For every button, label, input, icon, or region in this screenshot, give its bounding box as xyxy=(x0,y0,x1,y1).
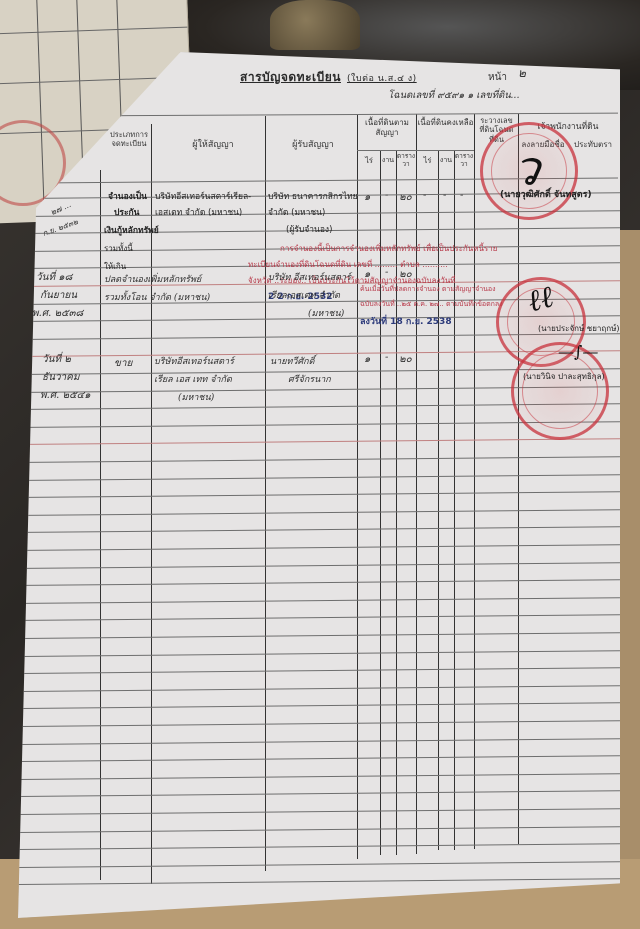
row1-type-line: ประกัน xyxy=(114,205,139,219)
row2-grantee-line: เรียลเอสเตท จำกัด xyxy=(268,288,340,302)
column-divider xyxy=(416,114,417,854)
row2-area-sqwa: ๒๐ xyxy=(399,267,412,282)
ruled-line xyxy=(18,509,620,516)
row1-remark-line: การจำนองนี้เป็นการจำนองเพิ่มหลักทรัพย์ เ… xyxy=(280,242,497,255)
ruled-line xyxy=(18,879,620,886)
page-label: หน้า xyxy=(488,70,507,85)
ruled-line xyxy=(18,579,620,586)
ruled-line xyxy=(18,791,620,798)
column-divider xyxy=(380,150,381,855)
header-registration-type: ประเภทการจดทะเบียน xyxy=(108,130,150,149)
column-divider xyxy=(438,150,439,850)
row2-area-ngan: - xyxy=(385,267,388,278)
subheader-ngan: งาน xyxy=(438,156,454,165)
row1-area-rai: ๑ xyxy=(364,190,370,205)
row3-grantor-line: เรียล เอส เทท จำกัด xyxy=(154,372,232,386)
subheader-rai: ไร่ xyxy=(417,156,438,165)
row3-grantee-line: นายทวีศักดิ์ xyxy=(270,354,314,368)
row3-area-ngan: - xyxy=(385,352,388,363)
row2-remark-line: ค้นเมื่อวันที่ปลดการจำนอง ตามสัญญาจำนอง xyxy=(360,284,496,295)
row1-type-line: จำนองเป็น xyxy=(108,189,147,203)
ruled-line xyxy=(18,562,620,569)
ruled-line xyxy=(18,843,620,850)
row1-area-sqwa: ๒๐ xyxy=(399,190,412,205)
officer-signature: —∫— xyxy=(558,342,598,361)
ruled-line xyxy=(18,456,620,463)
ruled-line xyxy=(18,544,620,551)
row3-grantor-line: บริษัทอีสเทอร์นสตาร์ xyxy=(154,354,234,368)
row1-grantee-line: (ผู้รับจำนอง) xyxy=(286,222,332,236)
ruled-line xyxy=(18,491,620,498)
ruled-line xyxy=(18,615,620,622)
row2-remark-line: ลงวันที่ 18 ก.ย. 2538 xyxy=(360,314,452,328)
ruled-line xyxy=(18,474,620,481)
row2-grantor-line: ปลดจำนองเพิ่มหลักทรัพย์ xyxy=(104,272,201,286)
header-area-remaining: เนื้อที่ดินคงเหลือ xyxy=(417,118,474,128)
row3-date-line: วันที่ ๒ xyxy=(42,352,71,367)
row1-grantee-line: จำกัด (มหาชน) xyxy=(268,205,325,219)
column-divider xyxy=(151,124,152,884)
row2-date-line: พ.ศ. ๒๕๓๘ xyxy=(32,306,83,321)
row2-grantee-line: (มหาชน) xyxy=(308,306,344,320)
header-sub-line xyxy=(357,150,474,151)
column-divider xyxy=(100,170,101,880)
row3-type-line: ขาย xyxy=(114,356,132,371)
subheader-ngan: งาน xyxy=(380,156,396,165)
header-top-line xyxy=(78,113,618,117)
page-number: ๒ xyxy=(518,64,526,83)
ruled-line xyxy=(18,527,620,534)
ruled-line xyxy=(18,861,620,868)
ruled-line xyxy=(18,667,620,674)
row2-grantor-line: รวมทั้งโอน จำกัด (มหาชน) xyxy=(104,290,210,304)
row2-area-rai: ๑ xyxy=(364,267,370,282)
row2-officer-name: (นายประจักษ์ ชยาฤกษ์) xyxy=(538,322,619,335)
ruled-line xyxy=(18,720,620,727)
page-title: สารบัญจดทะเบียน(ใบต่อ น.ส.๔ ง) xyxy=(240,68,417,87)
header-area-contract: เนื้อที่ดินตามสัญญา xyxy=(358,118,416,138)
header-grantor: ผู้ให้สัญญา xyxy=(168,140,258,151)
row1-date-note: ก.ย. ๒๕๓๒ xyxy=(41,216,80,240)
column-divider xyxy=(454,150,455,850)
row3-area-sqwa: ๒๐ xyxy=(399,352,412,367)
ruled-line xyxy=(18,826,620,833)
row1-grantee-line: บริษัท ธนาคารกสิกรไทย xyxy=(268,189,358,203)
row3-date-line: ธันวาคม xyxy=(42,370,79,385)
row1-grantor-line: บริษัทอีสเทอร์นสตาร์เรียล- xyxy=(155,189,251,203)
row2-date-line: กันยายน xyxy=(40,288,77,303)
ruled-line xyxy=(18,738,620,745)
ruled-line xyxy=(18,808,620,815)
row1-remaining-ngan: - xyxy=(443,190,446,201)
ruled-line xyxy=(18,597,620,604)
column-divider xyxy=(396,150,397,855)
row2-date-line: วันที่ ๑๘ xyxy=(36,270,72,285)
ruled-line xyxy=(18,439,620,446)
row3-grantee-line: ศรีจักรนาก xyxy=(288,372,331,386)
row1-area-ngan: - xyxy=(385,190,388,201)
subheader-sqwa: ตารางวา xyxy=(454,152,474,168)
row2-grantee-line: บริษัท อีสเทอร์นสตาร์ xyxy=(268,270,351,284)
ruled-line xyxy=(18,755,620,762)
row3-area-rai: ๑ xyxy=(364,352,370,367)
subheader-rai: ไร่ xyxy=(358,156,380,165)
ruled-line xyxy=(18,650,620,657)
header-grantee: ผู้รับสัญญา xyxy=(273,140,353,151)
subheader-sqwa: ตารางวา xyxy=(396,152,416,168)
row2-remark-line: ฉบับลงวันที่ ..๒๕ ต.ค. ๒๗.. ตามบันทึกข้อ… xyxy=(360,299,503,310)
row3-grantor-line: (มหาชน) xyxy=(178,390,214,404)
row1-grantor-line: เอสเตท จำกัด (มหาชน) xyxy=(155,205,242,219)
row1-type-line: เงินกู้หลักทรัพย์ xyxy=(104,223,159,237)
ruled-line xyxy=(18,773,620,780)
column-divider xyxy=(518,114,519,844)
row1-type-line: รวมทั้งนี้ xyxy=(104,242,133,255)
ruled-line xyxy=(18,685,620,692)
row3-date-line: พ.ศ. ๒๕๔๑ xyxy=(40,388,91,403)
row1-remaining-sqwa: - xyxy=(460,190,463,201)
registration-ledger-page: สารบัญจดทะเบียน(ใบต่อ น.ส.๔ ง) หน้า ๒ โฉ… xyxy=(18,52,620,918)
header-seal: ประทับตรา xyxy=(568,140,618,150)
deed-number-line: โฉนดเลขที่ ๙๕๙๑ ๑ เลขที่ดิน... xyxy=(388,88,520,103)
row3-officer-name: (นายวินิจ ปาละสุทธิกุล) xyxy=(523,370,605,383)
column-divider xyxy=(357,114,358,859)
brass-figurine xyxy=(270,0,360,50)
ruled-line xyxy=(18,703,620,710)
row1-remaining-rai: - xyxy=(423,190,426,201)
ruled-line xyxy=(18,632,620,639)
row1-officer-name: (นายวุฒิศักดิ์ จันทสูตร) xyxy=(500,187,592,201)
